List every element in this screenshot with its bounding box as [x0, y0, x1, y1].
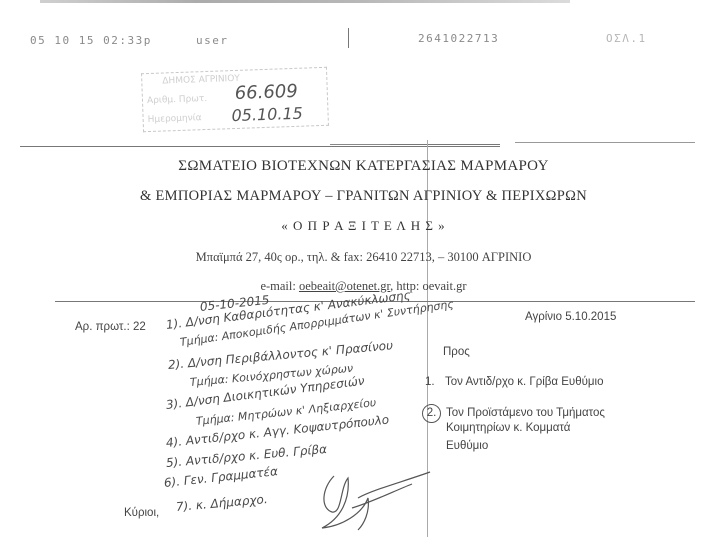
separator-top-right — [390, 144, 500, 145]
fax-datetime: 05 10 15 02:33p — [30, 34, 152, 47]
stamp-label-org: ΔΗΜΟΣ ΑΓΡΙΝΙΟΥ — [162, 74, 240, 87]
handwritten-line-10: 7). κ. Δήμαρχο. — [175, 492, 268, 514]
registry-stamp: ΔΗΜΟΣ ΑΓΡΙΝΙΟΥ Αριθμ. Πρωτ. Ημερομηνία 6… — [141, 67, 329, 132]
stamp-date: 05.10.15 — [231, 104, 303, 125]
scan-edge — [40, 0, 570, 3]
recipient-2-line-3: Ευθύμιο — [446, 440, 488, 452]
protocol-number: Αρ. πρωτ.: 22 — [75, 321, 146, 333]
salutation: Κύριοι, — [124, 507, 159, 519]
fax-phone: 2641022713 — [418, 32, 499, 45]
recipient-2-line-1: Τον Προϊστάμενο του Τμήματος — [446, 407, 605, 419]
website-link[interactable]: oevait.gr — [422, 279, 466, 293]
recipient-2-number: 2. — [422, 404, 441, 423]
email-label: e-mail: — [260, 279, 299, 293]
place-date: Αγρίνιο 5.10.2015 — [525, 311, 616, 323]
letterhead-line-1: ΣΩΜΑΤΕΙΟ ΒΙΟΤΕΧΝΩΝ ΚΑΤΕΡΓΑΣΙΑΣ ΜΑΡΜΑΡΟΥ — [0, 158, 727, 175]
recipient-2: 2.Τον Προϊστάμενο του Τμήματος — [422, 404, 605, 423]
letterhead-contact: e-mail: oebeait@otenet.gr, http: oevait.… — [0, 279, 727, 294]
email-link[interactable]: oebeait@otenet.gr — [299, 279, 390, 293]
recipient-1-number: 1. — [425, 376, 445, 388]
letterhead-line-3: « Ο Π Ρ Α Ξ Ι Τ Ε Λ Η Σ » — [0, 218, 727, 234]
fax-page: ΟΣΛ.1 — [606, 32, 647, 45]
fax-sender: user — [196, 34, 229, 47]
letterhead-address: Μπαϊμπά 27, 40ς ορ., τηλ. & fax: 26410 2… — [0, 250, 727, 265]
separator-top-far — [515, 142, 695, 143]
signature — [312, 468, 432, 534]
recipient-1-text: Τον Αντιδ/ρχο κ. Γρίβα Ευθύμιο — [445, 376, 603, 388]
recipient-2-line-2: Κοιμητηρίων κ. Κομματά — [446, 422, 570, 434]
to-label: Προς — [443, 346, 470, 358]
stamp-protocol-number: 66.609 — [234, 81, 298, 104]
letterhead-line-2: & ΕΜΠΟΡΙΑΣ ΜΑΡΜΑΡΟΥ – ΓΡΑΝΙΤΩΝ ΑΓΡΙΝΙΟΥ … — [0, 188, 727, 205]
fold-mark-top — [348, 28, 349, 48]
recipient-1: 1.Τον Αντιδ/ρχο κ. Γρίβα Ευθύμιο — [425, 376, 603, 388]
stamp-label-protocol: Αριθμ. Πρωτ. — [147, 94, 207, 106]
stamp-label-date: Ημερομηνία — [147, 113, 201, 125]
separator-top-left — [20, 146, 500, 147]
